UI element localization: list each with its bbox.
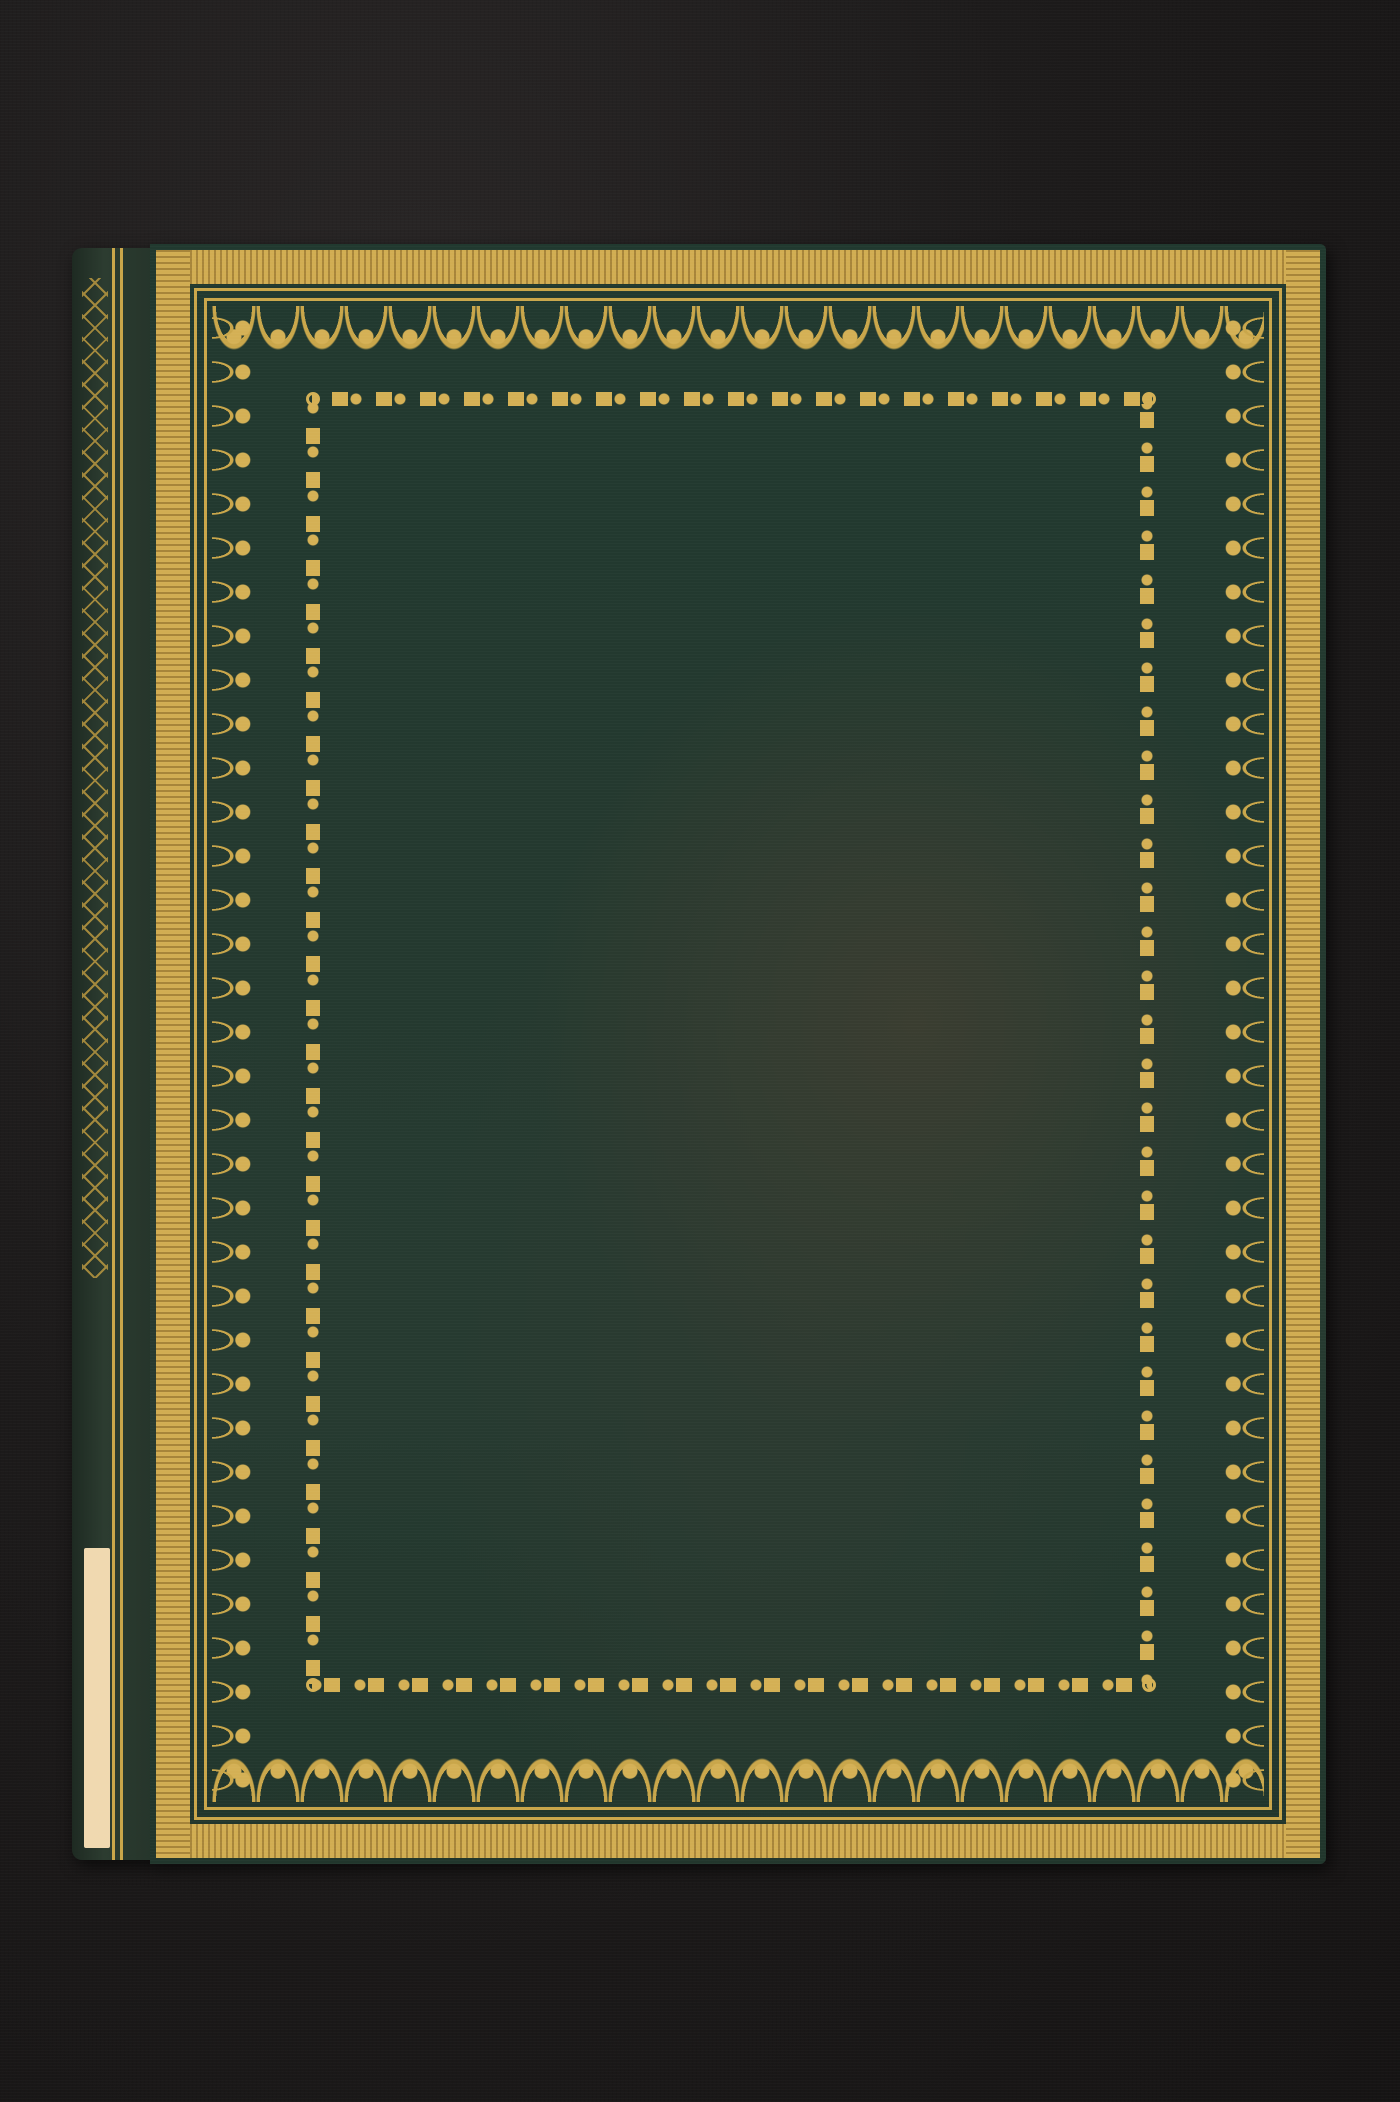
inner-frame-corner-ring — [306, 1678, 320, 1692]
ornamental-border-bottom — [212, 1758, 1264, 1802]
outer-gilt-band-left — [156, 250, 190, 1858]
book-spine — [72, 248, 152, 1860]
front-cover — [150, 244, 1326, 1864]
inner-frame-top-chain — [312, 392, 1152, 406]
book — [72, 244, 1326, 1864]
spine-gilt-rule — [120, 248, 123, 1860]
spine-paper-label — [84, 1548, 110, 1848]
inner-frame-left-chain — [306, 404, 320, 1684]
ornamental-border-left — [212, 306, 256, 1802]
outer-gilt-band-bottom — [156, 1824, 1320, 1858]
ornamental-border-top — [212, 306, 1264, 350]
inner-frame-corner-ring — [306, 392, 320, 406]
gilt-rule-inner — [204, 298, 1272, 1810]
inner-frame-corner-ring — [1142, 392, 1156, 406]
outer-gilt-band-top — [156, 250, 1320, 284]
inner-frame-corner-ring — [1142, 1678, 1156, 1692]
inner-frame-bottom-chain — [312, 1678, 1152, 1692]
inner-frame-right-chain — [1140, 404, 1154, 1684]
outer-gilt-band-right — [1286, 250, 1320, 1858]
spine-lattice-ornament — [82, 278, 108, 1278]
spine-gilt-rule — [112, 248, 115, 1860]
ornamental-border-right — [1220, 306, 1264, 1802]
